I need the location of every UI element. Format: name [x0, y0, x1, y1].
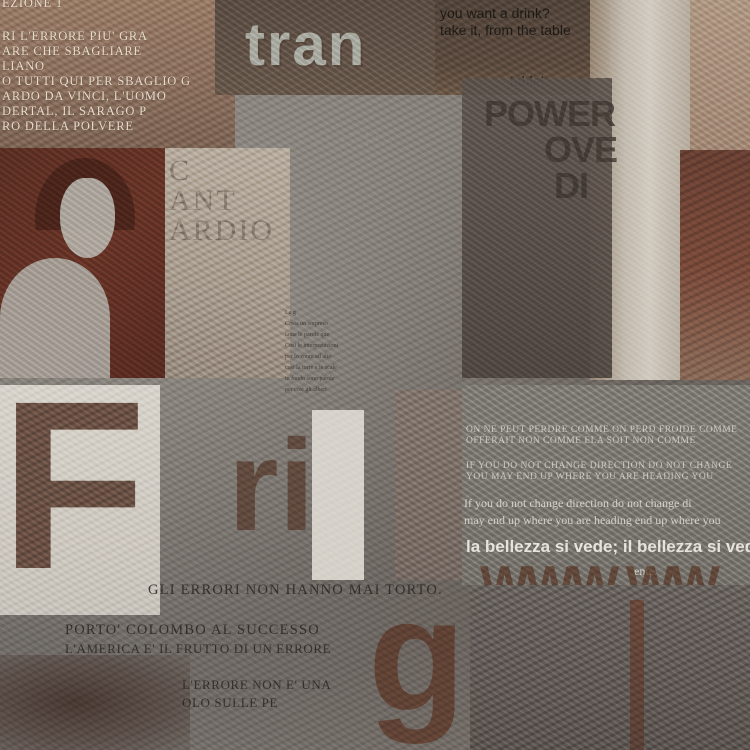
- para-line: Costa un sorpreso: [285, 319, 338, 330]
- dark-bottom-panel: [470, 585, 750, 750]
- stencil-ri-letters: ri: [228, 420, 315, 550]
- para-line: per lo zoom ad alto: [285, 352, 338, 363]
- italian-line: DERTAL, IL SARAGO P: [2, 104, 191, 119]
- french-line: IF YOU DO NOT CHANGE DIRECTION DO NOT CH…: [466, 461, 738, 472]
- errore-line: L'ERRORE NON E' UNA: [182, 677, 331, 693]
- italian-line: EZIONE 1: [2, 0, 191, 11]
- french-line: ON NE PEUT PERDRE COMME ON PERD FROIDE C…: [466, 425, 738, 436]
- right-rust-panel: [680, 150, 750, 380]
- dark-bottom-left-panel: [0, 655, 190, 750]
- colombo-line: PORTO' COLOMBO AL SUCCESSO: [65, 622, 320, 639]
- ghost-line: ARDIO: [169, 216, 274, 246]
- ghost-line: C: [169, 156, 274, 186]
- french-text: ON NE PEUT PERDRE COMME ON PERD FROIDE C…: [466, 425, 738, 483]
- portrait-face: [60, 178, 115, 258]
- bellezza-line: la bellezza si vede; il bellezza si vede: [466, 537, 750, 557]
- power-panel: POWER OVE DI: [462, 78, 612, 378]
- italian-line: LIANO: [2, 59, 191, 74]
- drink-line: you want a drink?: [440, 5, 571, 22]
- stencil-word: tran: [245, 10, 366, 79]
- torn-text-panel: [395, 390, 465, 580]
- english-text: If you do not change direction do not ch…: [464, 495, 721, 529]
- italian-line: ARDO DA VINCI, L'UOMO: [2, 89, 191, 104]
- drink-line: take it, from the table: [440, 22, 571, 39]
- power-line: OVE: [484, 132, 617, 168]
- stencil-f-panel: F: [0, 385, 160, 615]
- para-line: tante le parole que: [285, 330, 338, 341]
- english-line: may end up where you are heading end up …: [464, 512, 721, 529]
- para-line: Cosi le interpretazioni: [285, 341, 338, 352]
- ghost-line: ANT: [169, 186, 274, 216]
- stencil-word-panel: tran: [215, 0, 455, 95]
- sulle-line: OLO SULLE PE: [182, 695, 278, 711]
- ghost-letters-panel: C ANT ARDIO: [165, 148, 290, 378]
- america-line: L'AMERICA E' IL FRUTTO DI UN ERRORE: [65, 641, 331, 657]
- italian-line: RI L'ERRORE PIU' GRA: [2, 29, 191, 44]
- italian-text: EZIONE 1 RI L'ERRORE PIU' GRA ARE CHE SB…: [2, 0, 191, 134]
- portrait-image: [0, 148, 165, 378]
- italian-line: RO DELLA POLVERE: [2, 119, 191, 134]
- para-line: per cosi gli alberi: [285, 385, 338, 396]
- white-block: [312, 410, 364, 580]
- italian-text-panel: EZIONE 1 RI L'ERRORE PIU' GRA ARE CHE SB…: [0, 0, 235, 150]
- collage-canvas: EZIONE 1 RI L'ERRORE PIU' GRA ARE CHE SB…: [0, 0, 750, 750]
- stencil-f-letter: F: [0, 385, 147, 585]
- small-paragraph: Le g Costa un sorpreso tante le parole q…: [285, 308, 338, 396]
- vertical-rust-line: [630, 600, 644, 750]
- french-line: OFFERAIT NON COMME ELA SOIT NON COMME: [466, 436, 738, 447]
- italian-line: ARE CHE SBAGLIARE: [2, 44, 191, 59]
- power-text: POWER OVE DI: [484, 96, 617, 204]
- french-line: YOU MAY END UP WHERE YOU ARE HEADING YOU: [466, 472, 738, 483]
- english-line: If you do not change direction do not ch…: [464, 495, 721, 512]
- ghost-letters: C ANT ARDIO: [169, 156, 274, 246]
- italian-line: O TUTTI QUI PER SBAGLIO G: [2, 74, 191, 89]
- para-line: Le g: [285, 308, 338, 319]
- para-line: in fondo sono parole: [285, 374, 338, 385]
- power-line: DI: [484, 168, 617, 204]
- para-line: cosi la torre e le scale: [285, 363, 338, 374]
- power-line: POWER: [484, 96, 617, 132]
- stencil-g-letter: g: [368, 585, 466, 725]
